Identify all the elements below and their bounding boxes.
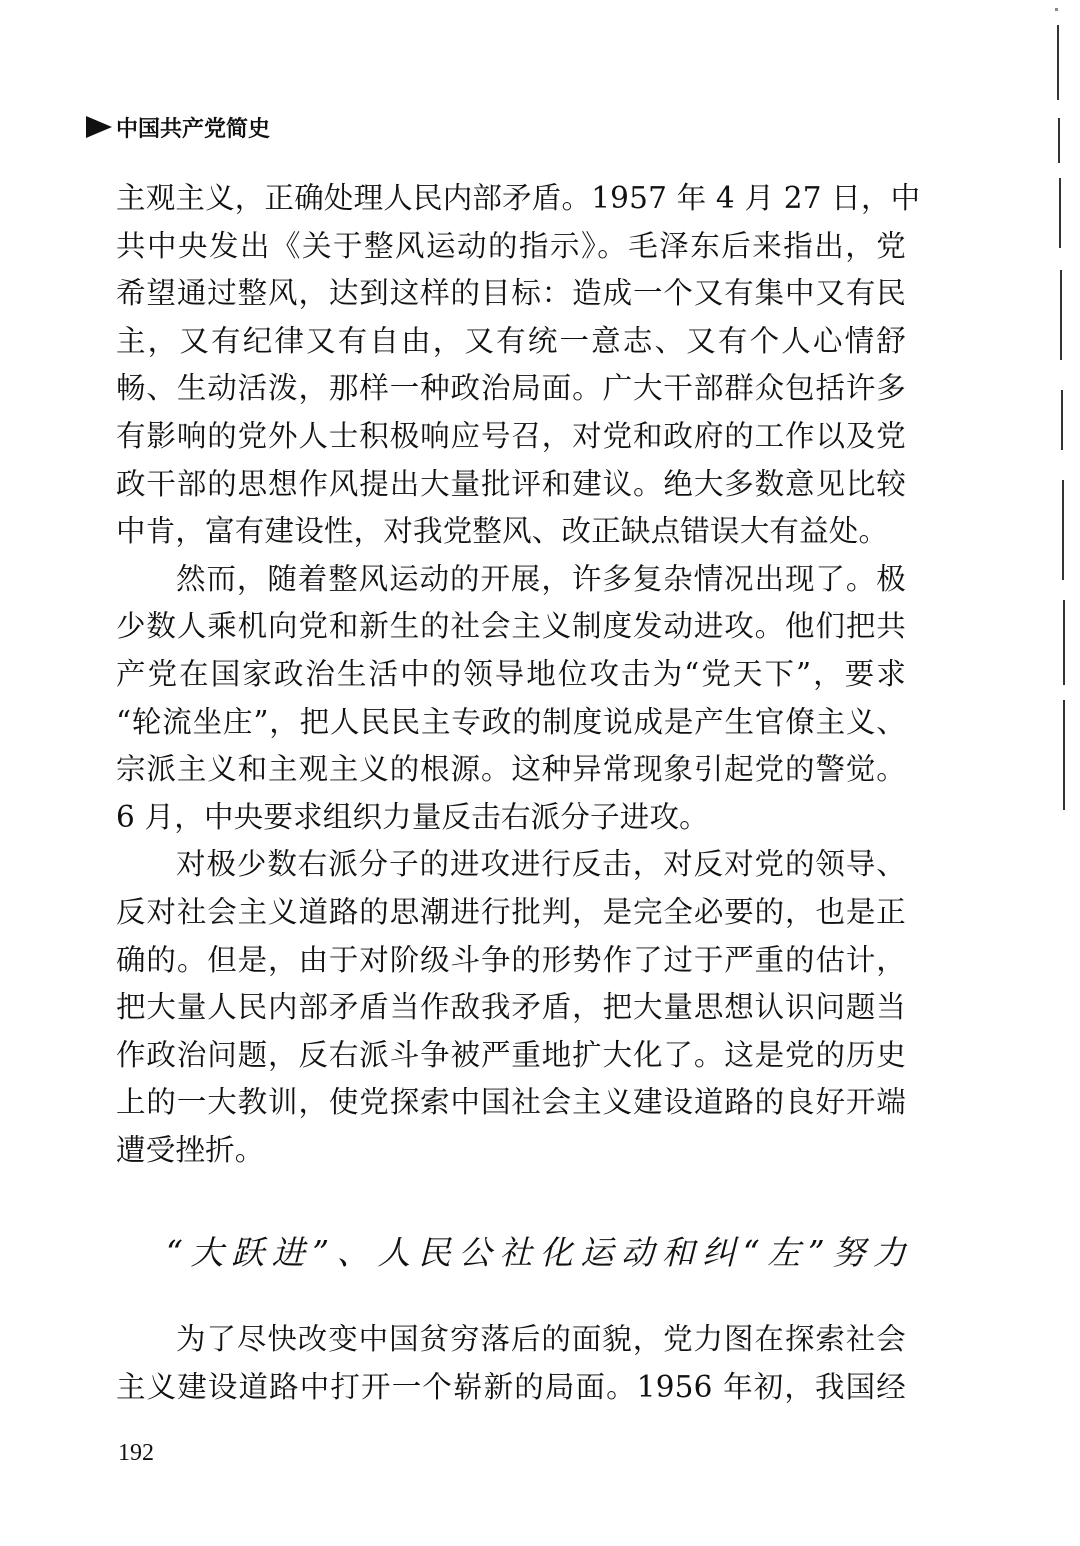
text-line: 共中央发出《关于整风运动的指示》。毛泽东后来指出，党 (116, 223, 906, 271)
text-line: 政干部的思想作风提出大量批评和建议。绝大多数意见比较 (116, 461, 906, 509)
margin-line (1060, 270, 1062, 360)
page-number: 192 (118, 1440, 154, 1467)
scan-margin-lines (1055, 0, 1067, 850)
triangle-right-icon (86, 116, 112, 138)
text-line: 主观主义，正确处理人民内部矛盾。1957 年 4 月 27 日，中 (116, 175, 906, 223)
running-header: 中国共产党简史 (86, 110, 270, 144)
text-line: 主，又有纪律又有自由，又有统一意志、又有个人心情舒 (116, 318, 906, 366)
text-line: 希望通过整风，达到这样的目标：造成一个又有集中又有民 (116, 270, 906, 318)
margin-line (1063, 600, 1065, 685)
text-line: “轮流坐庄”，把人民民主专政的制度说成是产生官僚主义、 (116, 699, 906, 747)
body-text-block-2: 为了尽快改变中国贫穷落后的面貌，党力图在探索社会主义建设道路中打开一个崭新的局面… (116, 1316, 906, 1411)
text-line: 宗派主义和主观主义的根源。这种异常现象引起党的警觉。 (116, 746, 906, 794)
book-title: 中国共产党简史 (116, 112, 270, 143)
margin-line (1061, 390, 1063, 450)
text-line: 有影响的党外人士积极响应号召，对党和政府的工作以及党 (116, 413, 906, 461)
margin-line (1059, 178, 1061, 248)
text-line: 对极少数右派分子的进攻进行反击，对反对党的领导、 (116, 841, 906, 889)
text-line: 确的。但是，由于对阶级斗争的形势作了过于严重的估计， (116, 937, 906, 985)
text-line: 作政治问题，反右派斗争被严重地扩大化了。这是党的历史 (116, 1032, 906, 1080)
text-line: 产党在国家政治生活中的领导地位攻击为“党天下”，要求 (116, 651, 906, 699)
text-line: 上的一大教训，使党探索中国社会主义建设道路的良好开端 (116, 1079, 906, 1127)
text-line: 遭受挫折。 (116, 1127, 906, 1175)
text-line: 畅、生动活泼，那样一种政治局面。广大干部群众包括许多 (116, 365, 906, 413)
section-heading: “大跃进”、人民公社化运动和纠“左”努力 (166, 1225, 906, 1281)
text-line: 把大量人民内部矛盾当作敌我矛盾，把大量思想认识问题当 (116, 984, 906, 1032)
margin-line (1058, 118, 1060, 163)
margin-line (1057, 25, 1059, 100)
text-line: 为了尽快改变中国贫穷落后的面貌，党力图在探索社会 (116, 1316, 906, 1364)
text-line: 少数人乘机向党和新生的社会主义制度发动进攻。他们把共 (116, 603, 906, 651)
body-text-block-1: 主观主义，正确处理人民内部矛盾。1957 年 4 月 27 日，中共中央发出《关… (116, 175, 906, 1174)
text-line: 6 月，中央要求组织力量反击右派分子进攻。 (116, 794, 906, 842)
text-line: 中肯，富有建设性，对我党整风、改正缺点错误大有益处。 (116, 508, 906, 556)
text-line: 然而，随着整风运动的开展，许多复杂情况出现了。极 (116, 556, 906, 604)
text-line: 反对社会主义道路的思潮进行批判，是完全必要的，也是正 (116, 889, 906, 937)
margin-line (1062, 480, 1064, 580)
text-line: 主义建设道路中打开一个崭新的局面。1956 年初，我国经 (116, 1364, 906, 1412)
margin-line (1063, 700, 1065, 810)
